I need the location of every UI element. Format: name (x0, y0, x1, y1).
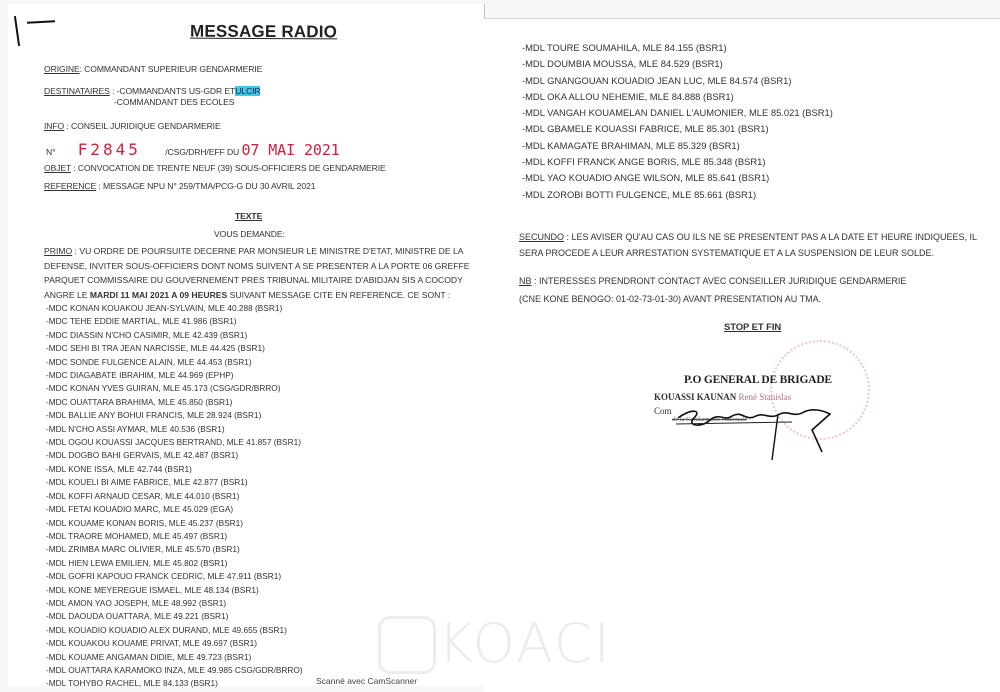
list-item: -MDL KOUADIO KOUADIO ALEX DURAND, MLE 49… (46, 624, 303, 637)
nb-label: NB (519, 276, 532, 286)
numero-line: N° F2845 /CSG/DRH/EFF DU 07 MAI 2021 (46, 140, 340, 159)
list-item: -MDC DIASSIN N'CHO CASIMIR, MLE 42.439 (… (46, 329, 303, 342)
primo-line1: VU ORDRE DE POURSUITE DECERNE PAR MONSIE… (79, 246, 463, 256)
primo-paragraph: PRIMO : VU ORDRE DE POURSUITE DECERNE PA… (44, 244, 474, 302)
primo-line3: PARQUET COMMISSAIRE DU GOUVERNEMENT PRES… (44, 273, 474, 288)
document-title: MESSAGE RADIO (190, 22, 337, 43)
list-item: -MDL GNANGOUAN KOUADIO JEAN LUC, MLE 84.… (522, 73, 833, 89)
secundo-line1: : LES AVISER QU'AU CAS OU ILS NE SE PRES… (567, 232, 978, 242)
nb-line1: : INTERESSES PRENDRONT CONTACT AVEC CONS… (534, 276, 906, 286)
primo-line2: DEFENSE, INVITER SOUS-OFFICIERS DONT NOM… (44, 259, 474, 274)
reference-value: MESSAGE NPU N° 259/TMA/PCG-G DU 30 AVRIL… (103, 181, 315, 191)
nb-paragraph: NB : INTERESSES PRENDRONT CONTACT AVEC C… (519, 272, 906, 308)
list-item: -MDC DIAGABATE IBRAHIM, MLE 44.969 (EPHP… (46, 369, 303, 382)
watermark-text: KOACI (438, 612, 612, 675)
list-item: -MDL HIEN LEWA EMILIEN, MLE 45.802 (BSR1… (46, 557, 303, 570)
list-item: -MDL N'CHO ASSI AYMAR, MLE 40.536 (BSR1) (46, 423, 303, 436)
vous-demande: VOUS DEMANDE: (214, 229, 285, 239)
list-item: -MDL OKA ALLOU NEHEMIE, MLE 84.888 (BSR1… (522, 89, 833, 105)
list-item: -MDL KOUAME KONAN BORIS, MLE 45.237 (BSR… (46, 517, 303, 530)
info-colon: : (64, 121, 71, 131)
reference-line: REFERENCE : MESSAGE NPU N° 259/TMA/PCG-G… (44, 181, 315, 191)
list-item: -MDL TOHYBO RACHEL, MLE 84.133 (BSR1) (46, 677, 303, 690)
secundo-paragraph: SECUNDO : LES AVISER QU'AU CAS OU ILS NE… (519, 229, 977, 261)
highlighted-text: ULCIR (235, 86, 260, 96)
info-line: INFO : CONSEIL JURIDIQUE GENDARMERIE (44, 121, 221, 131)
objet-label: OBJET (44, 163, 71, 173)
origine-value: COMMANDANT SUPERIEUR GENDARMERIE (84, 64, 262, 74)
list-item: -MDL FETAI KOUADIO MARC, MLE 45.029 (EGA… (46, 503, 303, 516)
list-item: -MDL DOUMBIA MOUSSA, MLE 84.529 (BSR1) (522, 56, 833, 72)
list-item: -MDL GBAMELE KOUASSI FABRICE, MLE 85.301… (522, 121, 833, 137)
objet-colon: : (71, 163, 78, 173)
list-item: -MDL BALLIE ANY BOHUI FRANCIS, MLE 28.92… (46, 409, 303, 422)
reference-colon: : (96, 181, 103, 191)
list-item: -MDL AMON YAO JOSEPH, MLE 48.992 (BSR1) (46, 597, 303, 610)
origine-label: ORIGINE (44, 64, 80, 74)
list-item: -MDL OGOU KOUASSI JACQUES BERTRAND, MLE … (46, 436, 303, 449)
personnel-list-right: -MDL TOURE SOUMAHILA, MLE 84.155 (BSR1)-… (522, 40, 833, 203)
list-item: -MDL KOUELI BI AIME FABRICE, MLE 42.877 … (46, 476, 303, 489)
list-item: -MDL KOUAME ANGAMAN DIDIE, MLE 49.723 (B… (46, 651, 303, 664)
stamp-date: 07 MAI 2021 (241, 141, 339, 159)
list-item: -MDC KONAN KOUAKOU JEAN-SYLVAIN, MLE 40.… (46, 302, 303, 315)
list-item: -MDL TRAORE MOHAMED, MLE 45.497 (BSR1) (46, 530, 303, 543)
list-item: -MDC SONDE FULGENCE ALAIN, MLE 44.453 (B… (46, 356, 303, 369)
destinataires-line1: -COMMANDANTS US-GDR ET (117, 86, 236, 96)
list-item: -MDL ZRIMBA MARC OLIVIER, MLE 45.570 (BS… (46, 543, 303, 556)
stop-et-fin: STOP ET FIN (724, 322, 781, 333)
destinataires-colon: : (110, 86, 117, 96)
primo-label: PRIMO (44, 246, 72, 256)
list-item: -MDL ZOROBI BOTTI FULGENCE, MLE 85.661 (… (522, 187, 833, 203)
list-item: -MDC SEHI BI TRA JEAN NARCISSE, MLE 44.4… (46, 342, 303, 355)
list-item: -MDL DAOUDA OUATTARA, MLE 49.221 (BSR1) (46, 610, 303, 623)
objet-value: CONVOCATION DE TRENTE NEUF (39) SOUS-OFF… (78, 163, 386, 173)
secundo-line2: SERA PROCEDE A LEUR ARRESTATION SYSTEMAT… (519, 245, 977, 261)
list-item: -MDC OUATTARA BRAHIMA, MLE 45.850 (BSR1) (46, 396, 303, 409)
texte-heading: TEXTE (235, 211, 262, 221)
primo-datetime: MARDI 11 MAI 2021 A 09 HEURES (90, 290, 227, 300)
scanner-footer: Scanné avec CamScanner (316, 676, 417, 686)
list-item: -MDL GOFRI KAPOUO FRANCK CEDRIC, MLE 47.… (46, 570, 303, 583)
stamp-number: F2845 (78, 140, 141, 159)
reference-label: REFERENCE (44, 181, 96, 191)
handwritten-signature (672, 400, 842, 470)
numero-suffix: /CSG/DRH/EFF DU (165, 147, 239, 157)
primo-line4-suffix: SUIVANT MESSAGE CITE EN REFERENCE. CE SO… (230, 290, 451, 300)
list-item: -MDL KOUAKOU KOUAME PRIVAT, MLE 49.697 (… (46, 637, 303, 650)
watermark-logo-icon (378, 616, 436, 674)
personnel-list-left: -MDC KONAN KOUAKOU JEAN-SYLVAIN, MLE 40.… (46, 302, 303, 691)
list-item: -MDL OUATTARA KARAMOKO INZA, MLE 49.985 … (46, 664, 303, 677)
origine-line: ORIGINE: COMMANDANT SUPERIEUR GENDARMERI… (44, 64, 262, 74)
list-item: -MDL TOURE SOUMAHILA, MLE 84.155 (BSR1) (522, 40, 833, 56)
destinataires-label: DESTINATAIRES (44, 86, 110, 96)
list-item: -MDL VANGAH KOUAMELAN DANIEL L'AUMONIER,… (522, 105, 833, 121)
list-item: -MDL DOGBO BAHI GERVAIS, MLE 42.487 (BSR… (46, 449, 303, 462)
list-item: -MDL KAMAGATE BRAHIMAN, MLE 85.329 (BSR1… (522, 138, 833, 154)
primo-line4-prefix: ANGRE LE (44, 290, 87, 300)
list-item: -MDL KONE ISSA, MLE 42.744 (BSR1) (46, 463, 303, 476)
secundo-label: SECUNDO (519, 232, 564, 242)
destinataires-line: DESTINATAIRES : -COMMANDANTS US-GDR ETUL… (44, 86, 260, 96)
info-label: INFO (44, 121, 64, 131)
info-value: CONSEIL JURIDIQUE GENDARMERIE (71, 121, 221, 131)
list-item: -MDL KONE MEYEREGUE ISMAEL, MLE 48.134 (… (46, 584, 303, 597)
nb-line2: (CNE KONE BENOGO: 01-02-73-01-30) AVANT … (519, 290, 906, 308)
list-item: -MDC TEHE EDDIE MARTIAL, MLE 41.986 (BSR… (46, 315, 303, 328)
list-item: -MDL YAO KOUADIO ANGE WILSON, MLE 85.641… (522, 170, 833, 186)
signature-rank: P.O GENERAL DE BRIGADE (684, 374, 832, 386)
list-item: -MDC KONAN YVES GUIRAN, MLE 45.173 (CSG/… (46, 382, 303, 395)
list-item: -MDL KOFFI ARNAUD CESAR, MLE 44.010 (BSR… (46, 490, 303, 503)
numero-label: N° (46, 147, 55, 157)
list-item: -MDL KOFFI FRANCK ANGE BORIS, MLE 85.348… (522, 154, 833, 170)
destinataires-line2: -COMMANDANT DES ECOLES (114, 97, 234, 107)
objet-line: OBJET : CONVOCATION DE TRENTE NEUF (39) … (44, 163, 386, 173)
